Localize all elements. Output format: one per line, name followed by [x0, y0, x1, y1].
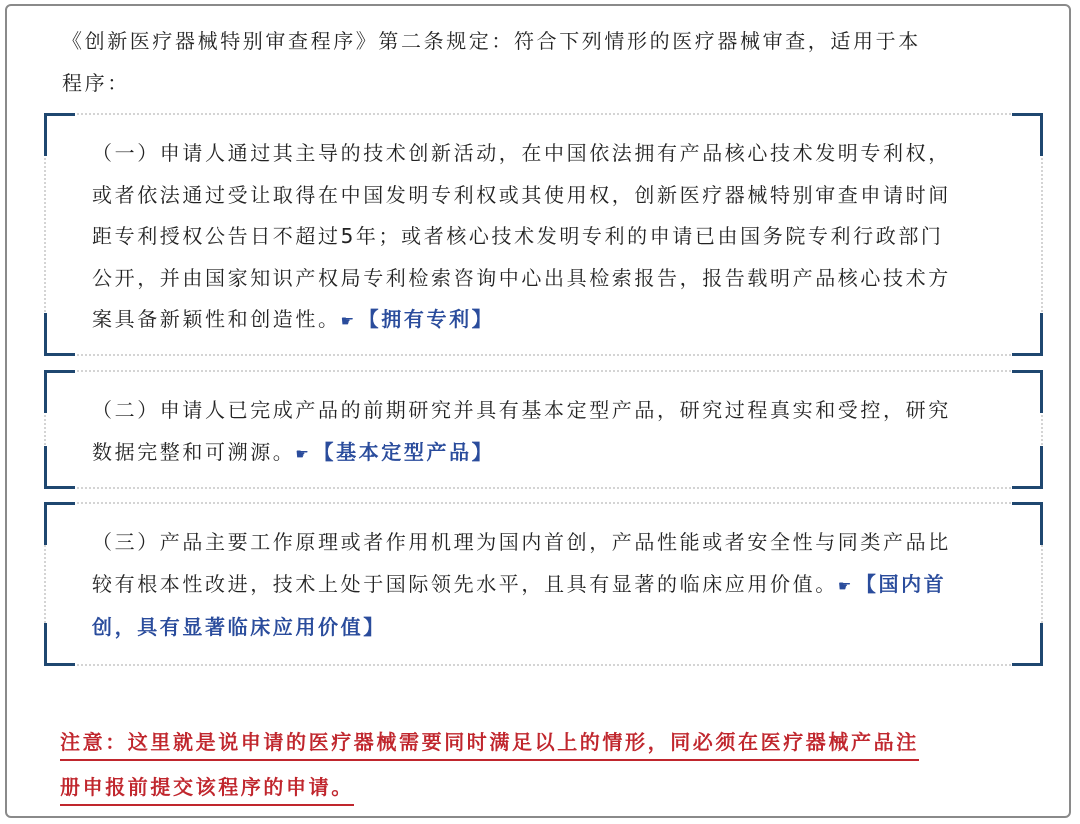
note-line: 注意：这里就是说申请的医疗器械需要同时满足以上的情形，同必须在医疗器械产品注: [60, 725, 919, 761]
intro-line: 程序：: [62, 62, 1032, 104]
section-line: 距专利授权公告日不超过5年；或者核心技术发明专利的申请已由国务院专利行政部门: [92, 216, 989, 258]
corner-bracket-icon: [44, 502, 75, 545]
corner-bracket-icon: [44, 623, 75, 666]
section-tag: 【拥有专利】: [359, 307, 495, 331]
corner-bracket-icon: [1012, 113, 1043, 156]
section-line: 案具备新颖性和创造性。☛【拥有专利】: [92, 299, 989, 343]
corner-bracket-icon: [44, 446, 75, 489]
section-line-text: 案具备新颖性和创造性。: [92, 307, 341, 331]
intro-paragraph: 《创新医疗器械特别审查程序》第二条规定：符合下列情形的医疗器械审查，适用于本 程…: [62, 20, 1032, 104]
note-paragraph: 注意：这里就是说申请的医疗器械需要同时满足以上的情形，同必须在医疗器械产品注 册…: [60, 722, 1035, 812]
section-text: （二）申请人已完成产品的前期研究并具有基本定型产品，研究过程真实和受控，研究 数…: [92, 390, 989, 475]
corner-bracket-icon: [1012, 623, 1043, 666]
corner-bracket-icon: [1012, 502, 1043, 545]
section-line-text: 较有根本性改进，技术上处于国际领先水平，且具有显著的临床应用价值。: [92, 572, 838, 596]
corner-bracket-icon: [1012, 446, 1043, 489]
section-box-finalized-product: （二）申请人已完成产品的前期研究并具有基本定型产品，研究过程真实和受控，研究 数…: [44, 370, 1043, 489]
section-text: （一）申请人通过其主导的技术创新活动，在中国依法拥有产品核心技术发明专利权， 或…: [92, 133, 989, 343]
section-tag-continued: 创，具有显著临床应用价值】: [92, 615, 386, 639]
note-line: 册申报前提交该程序的申请。: [60, 770, 354, 806]
section-line: （一）申请人通过其主导的技术创新活动，在中国依法拥有产品核心技术发明专利权，: [92, 133, 989, 175]
intro-line: 《创新医疗器械特别审查程序》第二条规定：符合下列情形的医疗器械审查，适用于本: [62, 20, 1032, 62]
section-line: 较有根本性改进，技术上处于国际领先水平，且具有显著的临床应用价值。☛【国内首: [92, 564, 989, 608]
pointing-hand-icon: ☛: [295, 445, 311, 463]
section-line: （三）产品主要工作原理或者作用机理为国内首创，产品性能或者安全性与同类产品比: [92, 522, 989, 564]
section-line-text: 数据完整和可溯源。: [92, 440, 295, 464]
section-line: 数据完整和可溯源。☛【基本定型产品】: [92, 432, 989, 476]
pointing-hand-icon: ☛: [341, 312, 357, 330]
section-text: （三）产品主要工作原理或者作用机理为国内首创，产品性能或者安全性与同类产品比 较…: [92, 522, 989, 649]
pointing-hand-icon: ☛: [838, 577, 854, 595]
corner-bracket-icon: [44, 370, 75, 413]
section-line: 公开，并由国家知识产权局专利检索咨询中心出具检索报告，报告载明产品核心技术方: [92, 258, 989, 300]
section-line: 创，具有显著临床应用价值】: [92, 607, 989, 649]
section-box-domestic-first: （三）产品主要工作原理或者作用机理为国内首创，产品性能或者安全性与同类产品比 较…: [44, 502, 1043, 666]
section-line: （二）申请人已完成产品的前期研究并具有基本定型产品，研究过程真实和受控，研究: [92, 390, 989, 432]
corner-bracket-icon: [1012, 313, 1043, 356]
section-tag: 【国内首: [856, 572, 946, 596]
section-tag: 【基本定型产品】: [313, 440, 494, 464]
corner-bracket-icon: [44, 313, 75, 356]
corner-bracket-icon: [44, 113, 75, 156]
corner-bracket-icon: [1012, 370, 1043, 413]
section-box-patent: （一）申请人通过其主导的技术创新活动，在中国依法拥有产品核心技术发明专利权， 或…: [44, 113, 1043, 356]
section-line: 或者依法通过受让取得在中国发明专利权或其使用权，创新医疗器械特别审查申请时间: [92, 175, 989, 217]
